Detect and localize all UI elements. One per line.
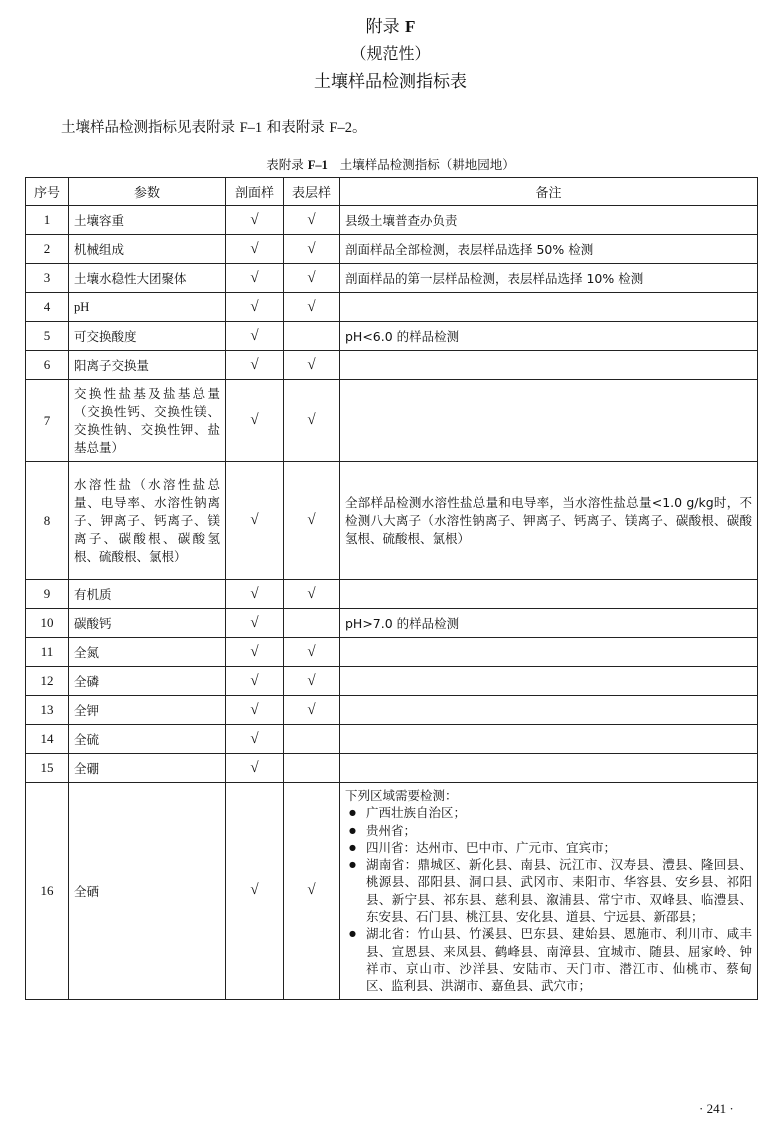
check-mark — [284, 754, 340, 783]
soil-indicator-table: 序号 参数 剖面样 表层样 备注 1 土壤容重 √ √ 县级土壤普查办负责 2 … — [25, 177, 758, 1000]
check-mark: √ — [226, 783, 284, 1000]
check-mark: √ — [284, 783, 340, 1000]
selenium-region-note: 下列区域需要检测： 广西壮族自治区； 贵州省； 四川省：达州市、巴中市、广元市、… — [340, 783, 758, 1000]
table-row: 9 有机质 √ √ — [26, 580, 758, 609]
table-ref-f1: F–1 — [240, 120, 263, 136]
table-row: 15 全硼 √ — [26, 754, 758, 783]
check-mark: √ — [226, 206, 284, 235]
check-mark: √ — [284, 293, 340, 322]
header-no: 序号 — [26, 178, 69, 206]
region-list: 广西壮族自治区； 贵州省； 四川省：达州市、巴中市、广元市、宜宾市； 湖南省：鼎… — [345, 804, 752, 998]
list-item: 广西壮族自治区； — [345, 804, 752, 821]
check-mark: √ — [226, 580, 284, 609]
check-mark: √ — [226, 667, 284, 696]
check-mark: √ — [284, 696, 340, 725]
appendix-nature: （规范性） — [0, 41, 781, 64]
check-mark: √ — [284, 380, 340, 462]
table-row: 2 机械组成 √ √ 剖面样品全部检测，表层样品选择 50% 检测 — [26, 235, 758, 264]
table-row: 8 水溶性盐（水溶性盐总量、电导率、水溶性钠离子、钾离子、钙离子、镁离子、碳酸根… — [26, 462, 758, 580]
table-row: 10 碳酸钙 √ pH>7.0 的样品检测 — [26, 609, 758, 638]
check-mark: √ — [226, 322, 284, 351]
table-caption: 表附录 F–1 土壤样品检测指标（耕地园地） — [0, 155, 781, 173]
table-row: 6 阳离子交换量 √ √ — [26, 351, 758, 380]
check-mark: √ — [226, 235, 284, 264]
list-item: 贵州省； — [345, 822, 752, 839]
list-item: 四川省：达州市、巴中市、广元市、宜宾市； — [345, 839, 752, 856]
check-mark: √ — [226, 638, 284, 667]
table-row: 3 土壤水稳性大团聚体 √ √ 剖面样品的第一层样品检测，表层样品选择 10% … — [26, 264, 758, 293]
check-mark — [284, 322, 340, 351]
check-mark: √ — [284, 206, 340, 235]
table-row: 1 土壤容重 √ √ 县级土壤普查办负责 — [26, 206, 758, 235]
header-profile: 剖面样 — [226, 178, 284, 206]
table-row: 12 全磷 √ √ — [26, 667, 758, 696]
check-mark: √ — [226, 754, 284, 783]
table-row: 5 可交换酸度 √ pH<6.0 的样品检测 — [26, 322, 758, 351]
table-header-row: 序号 参数 剖面样 表层样 备注 — [26, 178, 758, 206]
appendix-heading: 附录 F — [0, 12, 781, 37]
list-item: 湖北省：竹山县、竹溪县、巴东县、建始县、恩施市、利川市、咸丰县、宣恩县、来凤县、… — [345, 925, 752, 994]
check-mark — [284, 609, 340, 638]
check-mark: √ — [226, 293, 284, 322]
check-mark: √ — [284, 351, 340, 380]
table-ref-f2: F–2 — [329, 120, 352, 136]
check-mark: √ — [226, 696, 284, 725]
table-row: 7 交换性盐基及盐基总量（交换性钙、交换性镁、交换性钠、交换性钾、盐基总量） √… — [26, 380, 758, 462]
check-mark: √ — [284, 638, 340, 667]
check-mark: √ — [284, 235, 340, 264]
header-surface: 表层样 — [284, 178, 340, 206]
page-title: 土壤样品检测指标表 — [0, 67, 781, 92]
header-note: 备注 — [340, 178, 758, 206]
check-mark: √ — [226, 725, 284, 754]
table-row: 14 全硫 √ — [26, 725, 758, 754]
check-mark: √ — [284, 264, 340, 293]
check-mark: √ — [226, 609, 284, 638]
check-mark — [284, 725, 340, 754]
check-mark: √ — [226, 351, 284, 380]
appendix-label: 附录 — [366, 17, 400, 37]
table-row: 4 pH √ √ — [26, 293, 758, 322]
check-mark: √ — [284, 580, 340, 609]
appendix-letter: F — [405, 17, 415, 36]
list-item: 湖南省：鼎城区、新化县、南县、沅江市、汉寿县、澧县、隆回县、桃源县、邵阳县、洞口… — [345, 856, 752, 925]
table-row: 11 全氮 √ √ — [26, 638, 758, 667]
check-mark: √ — [226, 380, 284, 462]
check-mark: √ — [284, 462, 340, 580]
header-param: 参数 — [69, 178, 226, 206]
check-mark: √ — [226, 264, 284, 293]
intro-paragraph: 土壤样品检测指标见表附录 F–1 和表附录 F–2。 — [61, 116, 366, 137]
table-row: 13 全钾 √ √ — [26, 696, 758, 725]
page-number: · 241 · — [699, 1101, 734, 1117]
table-row: 16 全硒 √ √ 下列区域需要检测： 广西壮族自治区； 贵州省； 四川省：达州… — [26, 783, 758, 1000]
check-mark: √ — [226, 462, 284, 580]
check-mark: √ — [284, 667, 340, 696]
